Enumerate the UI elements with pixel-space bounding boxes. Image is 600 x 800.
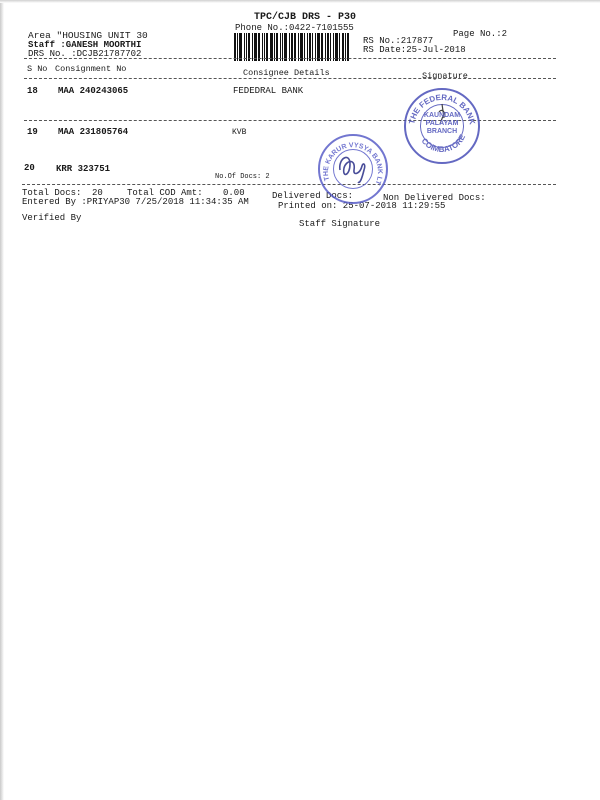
document-title: TPC/CJB DRS - P30 xyxy=(254,12,356,23)
scan-top-shadow xyxy=(0,0,600,3)
stamp-line-3: BRANCH xyxy=(406,128,478,135)
column-header-consignment: Consignment No xyxy=(55,64,126,74)
phone-number: Phone No.:0422-7101555 xyxy=(235,23,354,33)
row-sno: 19 xyxy=(27,127,38,137)
row-sno: 18 xyxy=(27,86,38,96)
verified-by: Verified By xyxy=(22,213,81,223)
row-consignment-no: MAA 240243065 xyxy=(58,86,128,96)
stamp-bottom-text: COIMBATORE xyxy=(420,132,468,154)
page-number: Page No.:2 xyxy=(453,29,507,39)
svg-text:COIMBATORE: COIMBATORE xyxy=(420,132,468,154)
signature-scribble xyxy=(340,157,365,182)
row-consignment-no: KRR 323751 xyxy=(56,164,110,174)
row-sno: 20 xyxy=(24,163,35,173)
stamp-line-2: PALAYAM xyxy=(406,120,478,127)
stamp-ring-text: THE KARUR VYSYA BANK LTD xyxy=(320,136,386,202)
staff-signature-label: Staff Signature xyxy=(299,219,380,229)
stamp-line-1: KAUNDAM xyxy=(406,112,478,119)
column-header-sno: S No xyxy=(27,64,47,74)
kvb-stamp: THE KARUR VYSYA BANK LTD xyxy=(318,134,388,204)
row-consignee: KVB xyxy=(232,128,246,137)
divider xyxy=(24,78,556,79)
no-of-docs: No.Of Docs: 2 xyxy=(215,173,270,181)
federal-bank-stamp: THE FEDERAL BANK LTD COIMBATORE KAUNDAM … xyxy=(404,88,480,164)
row-consignee: FEDEDRAL BANK xyxy=(233,86,303,96)
rs-date: RS Date:25-Jul-2018 xyxy=(363,45,466,55)
divider xyxy=(24,58,556,59)
column-header-signature: Signature xyxy=(422,71,468,81)
divider xyxy=(22,184,556,185)
entered-by: Entered By :PRIYAP30 7/25/2018 11:34:35 … xyxy=(22,197,249,207)
row-consignment-no: MAA 231805764 xyxy=(58,127,128,137)
barcode xyxy=(234,33,352,61)
scan-edge-shadow xyxy=(0,0,4,800)
column-header-consignee: Consignee Details xyxy=(243,68,330,78)
